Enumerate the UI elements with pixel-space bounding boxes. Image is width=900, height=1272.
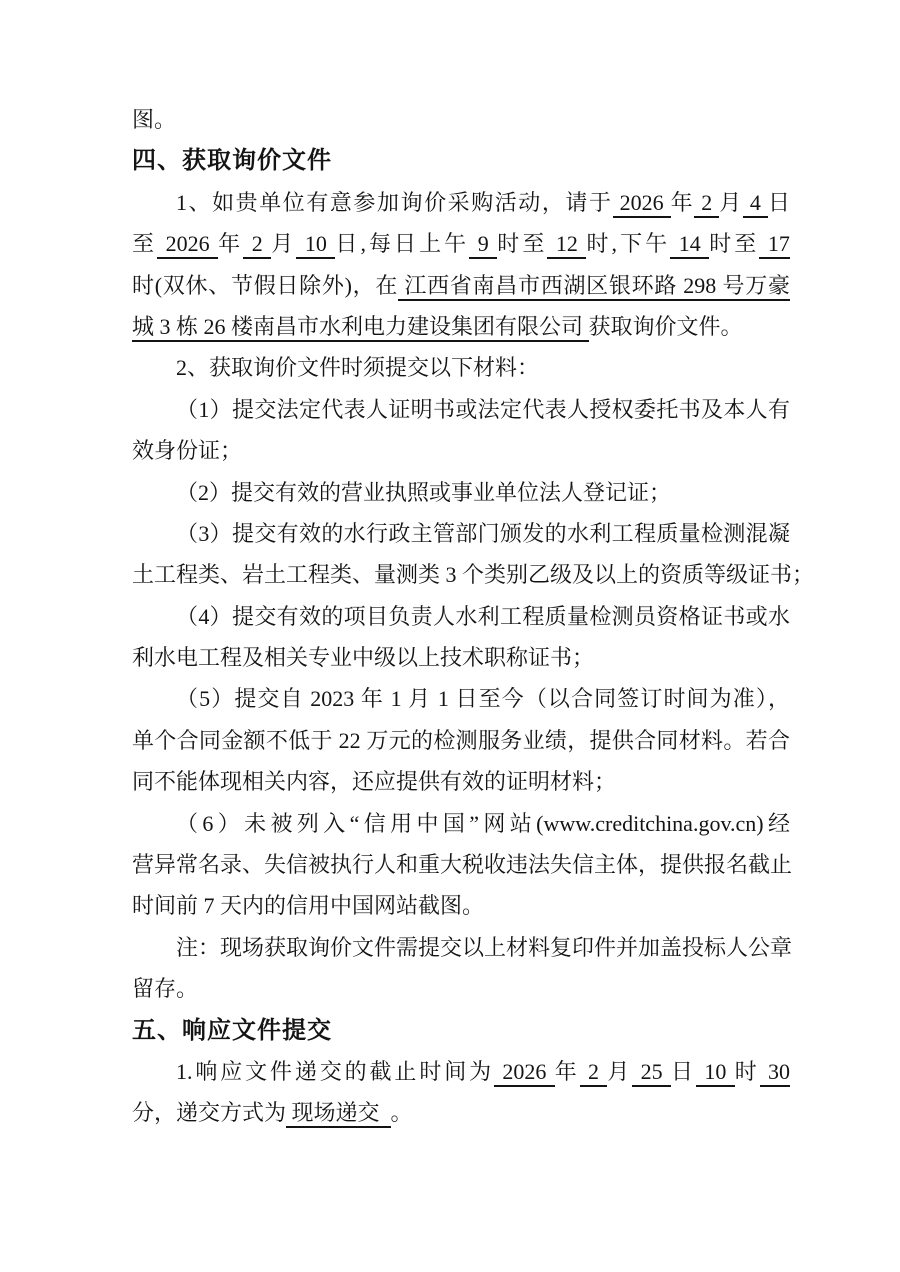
para-4-2: 2、获取询价文件时须提交以下材料： bbox=[132, 347, 790, 388]
filled-blank-value: 9 bbox=[469, 231, 497, 259]
text-segment: 1.响应文件递交的截止时间为 bbox=[176, 1059, 494, 1084]
text-segment: 注：现场获取询价文件需提交以上材料复印件并加盖投标人公章 bbox=[176, 935, 792, 960]
text-segment: 月 bbox=[719, 190, 743, 215]
item-3-line-1: （3）提交有效的水行政主管部门颁发的水利工程质量检测混凝 bbox=[132, 513, 790, 554]
para-4-1-line-4: 城 3 栋 26 楼南昌市水利电力建设集团有限公司 获取询价文件。 bbox=[132, 306, 790, 347]
text-segment: 五、响应文件提交 bbox=[132, 1017, 332, 1044]
para-4-1-line-1: 1、如贵单位有意参加询价采购活动，请于 2026 年 2 月 4 日 bbox=[132, 182, 790, 223]
prev-paragraph-end: 图。 bbox=[132, 99, 790, 140]
item-1-line-1: （1）提交法定代表人证明书或法定代表人授权委托书及本人有 bbox=[132, 389, 790, 430]
text-segment: 日 bbox=[671, 1059, 696, 1084]
text-segment: 时间前 7 天内的信用中国网站截图。 bbox=[132, 893, 484, 918]
filled-blank-value: 2 bbox=[694, 190, 719, 218]
filled-blank-value: 2026 bbox=[494, 1059, 555, 1087]
text-segment: 留存。 bbox=[132, 976, 198, 1001]
text-segment: 月 bbox=[271, 231, 296, 256]
note-line-2: 留存。 bbox=[132, 968, 790, 1009]
text-segment: 1、如贵单位有意参加询价采购活动，请于 bbox=[176, 190, 613, 215]
text-segment: 利水电工程及相关专业中级以上技术职称证书； bbox=[132, 645, 594, 670]
document-body: 图。四、获取询价文件1、如贵单位有意参加询价采购活动，请于 2026 年 2 月… bbox=[132, 99, 790, 1134]
text-segment: 单个合同金额不低于 22 万元的检测服务业绩，提供合同材料。若合 bbox=[132, 728, 790, 753]
text-segment: 年 bbox=[218, 231, 243, 256]
text-segment: 。 bbox=[391, 1100, 413, 1125]
para-5-1-line-1: 1.响应文件递交的截止时间为 2026 年 2 月 25 日 10 时 30 bbox=[132, 1051, 790, 1092]
text-segment: 效身份证； bbox=[132, 438, 242, 463]
item-6-line-1: （6）未被列入“信用中国”网站(www.creditchina.gov.cn)经 bbox=[132, 803, 790, 844]
item-5-line-2: 单个合同金额不低于 22 万元的检测服务业绩，提供合同材料。若合 bbox=[132, 720, 790, 761]
text-segment: 获取询价文件。 bbox=[589, 314, 743, 339]
item-6-line-3: 时间前 7 天内的信用中国网站截图。 bbox=[132, 885, 790, 926]
item-4-line-2: 利水电工程及相关专业中级以上技术职称证书； bbox=[132, 637, 790, 678]
filled-blank-value: 12 bbox=[547, 231, 586, 259]
para-4-1-line-3: 时(双休、节假日除外)，在 江西省南昌市西湖区银环路 298 号万豪 bbox=[132, 265, 790, 306]
text-segment: 年 bbox=[555, 1059, 580, 1084]
filled-blank-value: 现场递交 bbox=[286, 1100, 391, 1128]
filled-blank-value: 2 bbox=[580, 1059, 608, 1087]
text-segment: 时至 bbox=[709, 231, 759, 256]
item-5-line-3: 同不能体现相关内容，还应提供有效的证明材料； bbox=[132, 761, 790, 802]
text-segment: 日,每日上午 bbox=[335, 231, 469, 256]
item-5-line-1: （5）提交自 2023 年 1 月 1 日至今（以合同签订时间为准）， bbox=[132, 678, 790, 719]
text-segment: 图。 bbox=[132, 107, 176, 132]
filled-blank-value: 17 bbox=[759, 231, 790, 259]
text-segment: （2）提交有效的营业执照或事业单位法人登记证； bbox=[176, 480, 671, 505]
filled-blank-value: 10 bbox=[696, 1059, 735, 1087]
text-segment: 营异常名录、失信被执行人和重大税收违法失信主体，提供报名截止 bbox=[132, 852, 792, 877]
text-segment: 分，递交方式为 bbox=[132, 1100, 286, 1125]
filled-blank-value: 4 bbox=[743, 190, 768, 218]
document-page: 图。四、获取询价文件1、如贵单位有意参加询价采购活动，请于 2026 年 2 月… bbox=[0, 0, 900, 1272]
text-segment: （6）未被列入“信用中国”网站(www.creditchina.gov.cn)经 bbox=[176, 811, 790, 836]
filled-blank-value: 10 bbox=[296, 231, 335, 259]
text-segment: 2、获取询价文件时须提交以下材料： bbox=[176, 355, 539, 380]
text-segment: （3）提交有效的水行政主管部门颁发的水利工程质量检测混凝 bbox=[176, 521, 790, 546]
para-5-1-line-2: 分，递交方式为 现场递交 。 bbox=[132, 1092, 790, 1133]
section-5-heading: 五、响应文件提交 bbox=[132, 1010, 790, 1051]
item-2: （2）提交有效的营业执照或事业单位法人登记证； bbox=[132, 472, 790, 513]
item-6-line-2: 营异常名录、失信被执行人和重大税收违法失信主体，提供报名截止 bbox=[132, 844, 790, 885]
text-segment: 年 bbox=[671, 190, 695, 215]
text-segment: （5）提交自 2023 年 1 月 1 日至今（以合同签订时间为准）， bbox=[176, 686, 790, 711]
filled-blank-value: 城 3 栋 26 楼南昌市水利电力建设集团有限公司 bbox=[132, 314, 589, 342]
filled-blank-value: 14 bbox=[670, 231, 709, 259]
filled-blank-value: 2 bbox=[243, 231, 271, 259]
text-segment: 同不能体现相关内容，还应提供有效的证明材料； bbox=[132, 769, 616, 794]
text-segment: 日 bbox=[768, 190, 790, 215]
filled-blank-value: 30 bbox=[760, 1059, 790, 1087]
para-4-1-line-2: 至 2026 年 2 月 10 日,每日上午 9 时至 12 时,下午 14 时… bbox=[132, 223, 790, 264]
item-4-line-1: （4）提交有效的项目负责人水利工程质量检测员资格证书或水 bbox=[132, 596, 790, 637]
text-segment: 时 bbox=[735, 1059, 760, 1084]
text-segment: （1）提交法定代表人证明书或法定代表人授权委托书及本人有 bbox=[176, 397, 790, 422]
text-segment: （4）提交有效的项目负责人水利工程质量检测员资格证书或水 bbox=[176, 604, 790, 629]
text-segment: 四、获取询价文件 bbox=[132, 147, 332, 174]
text-segment: 至 bbox=[132, 231, 157, 256]
item-1-line-2: 效身份证； bbox=[132, 430, 790, 471]
section-4-heading: 四、获取询价文件 bbox=[132, 140, 790, 181]
filled-blank-value: 江西省南昌市西湖区银环路 298 号万豪 bbox=[398, 273, 790, 301]
text-segment: 时,下午 bbox=[586, 231, 670, 256]
note-line-1: 注：现场获取询价文件需提交以上材料复印件并加盖投标人公章 bbox=[132, 927, 790, 968]
text-segment: 土工程类、岩土工程类、量测类 3 个类别乙级及以上的资质等级证书； bbox=[132, 562, 814, 587]
filled-blank-value: 2026 bbox=[613, 190, 671, 218]
filled-blank-value: 2026 bbox=[157, 231, 218, 259]
filled-blank-value: 25 bbox=[632, 1059, 671, 1087]
item-3-line-2: 土工程类、岩土工程类、量测类 3 个类别乙级及以上的资质等级证书； bbox=[132, 554, 790, 595]
text-segment: 时(双休、节假日除外)，在 bbox=[132, 273, 398, 298]
text-segment: 月 bbox=[607, 1059, 632, 1084]
text-segment: 时至 bbox=[497, 231, 547, 256]
